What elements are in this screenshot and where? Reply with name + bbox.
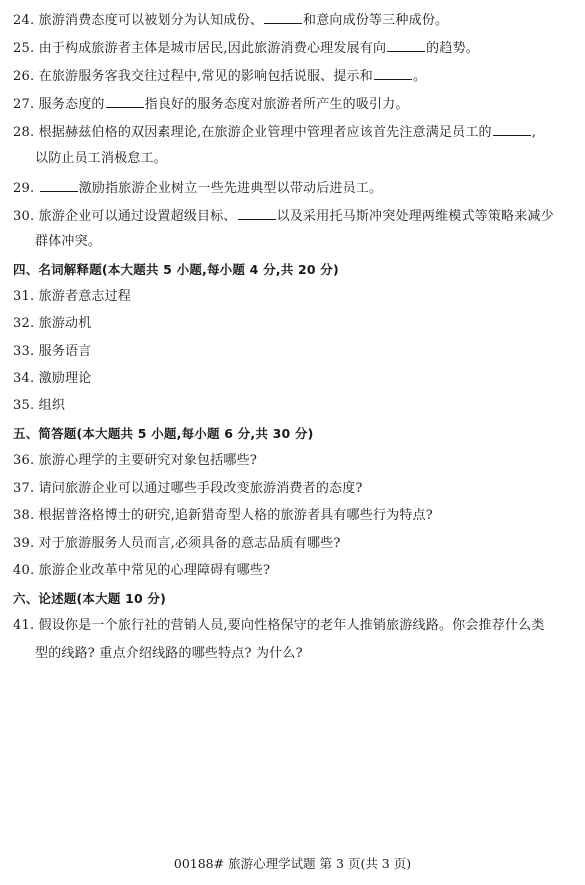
question-28: 28. 根据赫兹伯格的双因素理论,在旅游企业管理中管理者应该首先注意满足员工的, <box>13 123 575 141</box>
question-text-post: 以及采用托马斯冲突处理两维模式等策略来减少 <box>277 209 554 224</box>
question-number: 34. <box>13 371 34 387</box>
question-number: 27. <box>13 97 34 113</box>
question-text: 旅游企业改革中常见的心理障碍有哪些? <box>39 563 271 578</box>
question-text-pre: 根据赫兹伯格的双因素理论,在旅游企业管理中管理者应该首先注意满足员工的 <box>39 125 492 140</box>
section-6-heading: 六、论述题(本大题 10 分) <box>13 591 575 607</box>
question-36: 36. 旅游心理学的主要研究对象包括哪些? <box>13 453 575 469</box>
question-30: 30. 旅游企业可以通过设置超级目标、以及采用托马斯冲突处理两维模式等策略来减少 <box>13 207 575 225</box>
section-5-heading: 五、简答题(本大题共 5 小题,每小题 6 分,共 30 分) <box>13 426 575 442</box>
question-26: 26. 在旅游服务客我交往过程中,常见的影响包括说服、提示和。 <box>13 67 575 85</box>
question-text: 根据普洛格博士的研究,追新猎奇型人格的旅游者具有哪些行为特点? <box>39 508 433 523</box>
question-number: 35. <box>13 398 34 414</box>
question-number: 38. <box>13 508 34 524</box>
question-number: 41. <box>13 618 34 634</box>
question-37: 37. 请问旅游企业可以通过哪些手段改变旅游消费者的态度? <box>13 481 575 497</box>
question-number: 33. <box>13 344 34 360</box>
question-text-post: , <box>532 125 536 140</box>
question-39: 39. 对于旅游服务人员而言,必须具备的意志品质有哪些? <box>13 536 575 552</box>
question-number: 24. <box>13 13 34 29</box>
question-text-pre: 在旅游服务客我交往过程中,常见的影响包括说服、提示和 <box>39 69 373 84</box>
question-text: 激励理论 <box>39 371 92 386</box>
question-29: 29. 激励指旅游企业树立一些先进典型以带动后进员工。 <box>13 179 575 197</box>
question-number: 26. <box>13 69 34 85</box>
question-text: 旅游心理学的主要研究对象包括哪些? <box>39 453 257 468</box>
question-number: 25. <box>13 41 34 57</box>
question-text-post: 指良好的服务态度对旅游者所产生的吸引力。 <box>145 97 409 112</box>
question-35: 35. 组织 <box>13 398 575 414</box>
question-number: 36. <box>13 453 34 469</box>
answer-blank <box>387 39 425 52</box>
question-text-post: 的趋势。 <box>426 41 479 56</box>
answer-blank <box>374 67 412 80</box>
question-text-post: 激励指旅游企业树立一些先进典型以带动后进员工。 <box>79 181 383 196</box>
question-number: 39. <box>13 536 34 552</box>
question-text: 请问旅游企业可以通过哪些手段改变旅游消费者的态度? <box>39 481 363 496</box>
answer-blank <box>238 207 276 220</box>
question-text: 组织 <box>39 398 65 413</box>
question-text-pre: 旅游消费态度可以被划分为认知成份、 <box>39 13 263 28</box>
question-text-post: 。 <box>413 69 426 84</box>
question-text-pre: 旅游企业可以通过设置超级目标、 <box>39 209 237 224</box>
answer-blank <box>264 11 302 24</box>
question-32: 32. 旅游动机 <box>13 316 575 332</box>
question-24: 24. 旅游消费态度可以被划分为认知成份、和意向成份等三种成份。 <box>13 11 575 29</box>
question-34: 34. 激励理论 <box>13 371 575 387</box>
answer-blank <box>493 123 531 136</box>
answer-blank <box>40 179 78 192</box>
question-number: 29. <box>13 181 34 197</box>
question-30-continuation: 群体冲突。 <box>35 234 575 250</box>
question-number: 31. <box>13 289 34 305</box>
question-number: 40. <box>13 563 34 579</box>
question-31: 31. 旅游者意志过程 <box>13 289 575 305</box>
question-text-post: 和意向成份等三种成份。 <box>303 13 448 28</box>
question-27: 27. 服务态度的指良好的服务态度对旅游者所产生的吸引力。 <box>13 95 575 113</box>
page-footer: 00188# 旅游心理学试题 第 3 页(共 3 页) <box>0 856 585 872</box>
question-40: 40. 旅游企业改革中常见的心理障碍有哪些? <box>13 563 575 579</box>
question-text-pre: 由于构成旅游者主体是城市居民,因此旅游消费心理发展有向 <box>39 41 387 56</box>
question-41-continuation: 型的线路? 重点介绍线路的哪些特点? 为什么? <box>35 646 575 662</box>
answer-blank <box>106 95 144 108</box>
question-text: 假设你是一个旅行社的营销人员,要向性格保守的老年人推销旅游线路。你会推荐什么类 <box>39 618 545 633</box>
question-number: 37. <box>13 481 34 497</box>
question-text: 服务语言 <box>39 344 92 359</box>
question-38: 38. 根据普洛格博士的研究,追新猎奇型人格的旅游者具有哪些行为特点? <box>13 508 575 524</box>
question-number: 28. <box>13 125 34 141</box>
question-28-continuation: 以防止员工消极怠工。 <box>35 151 575 167</box>
section-4-heading: 四、名词解释题(本大题共 5 小题,每小题 4 分,共 20 分) <box>13 262 575 278</box>
question-text: 旅游者意志过程 <box>39 289 131 304</box>
question-text: 对于旅游服务人员而言,必须具备的意志品质有哪些? <box>39 536 341 551</box>
question-number: 30. <box>13 209 34 225</box>
question-number: 32. <box>13 316 34 332</box>
question-text-pre: 服务态度的 <box>39 97 105 112</box>
question-25: 25. 由于构成旅游者主体是城市居民,因此旅游消费心理发展有向的趋势。 <box>13 39 575 57</box>
question-41: 41. 假设你是一个旅行社的营销人员,要向性格保守的老年人推销旅游线路。你会推荐… <box>13 618 575 634</box>
question-text: 旅游动机 <box>39 316 92 331</box>
question-33: 33. 服务语言 <box>13 344 575 360</box>
